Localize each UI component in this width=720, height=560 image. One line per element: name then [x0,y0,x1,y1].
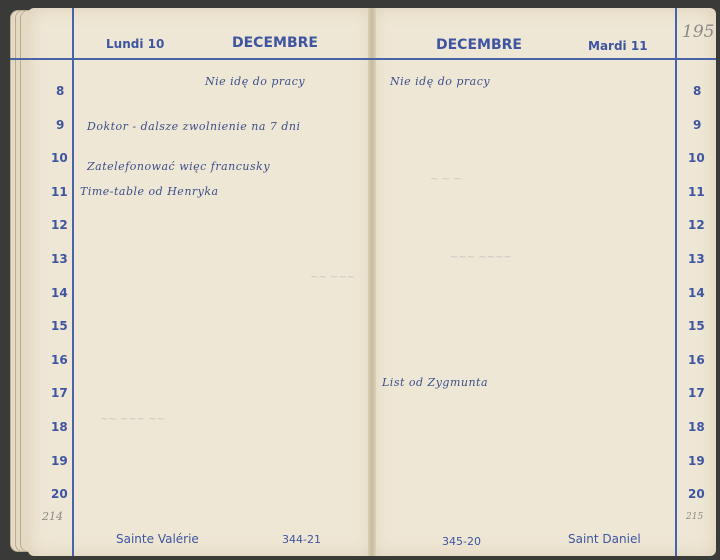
handwritten-entry: Time-table od Henryka [80,185,219,198]
bleed-through-text: ~~~ ~~~~ [450,252,512,263]
hour-label: 13 [51,252,68,266]
right-day-label: Mardi 11 [588,39,648,53]
open-diary: Lundi 10 DECEMBRE DECEMBRE Mardi 11 195 … [10,4,716,556]
hour-label: 16 [51,353,68,367]
handwritten-entry: Zatelefonować więc francusky [87,160,270,173]
bleed-through-text: ~~ ~~~ [310,272,355,283]
right-hour-rule [675,8,677,556]
hour-label: 9 [693,118,701,132]
hour-label: 8 [56,84,64,98]
right-month-label: DECEMBRE [436,37,522,53]
hour-label: 17 [688,386,705,400]
hour-label: 8 [693,84,701,98]
left-saint-name: Sainte Valérie [116,532,199,546]
handwritten-entry: Doktor - dalsze zwolnienie na 7 dni [87,120,301,133]
hour-label: 14 [688,286,705,300]
hour-label: 20 [688,487,705,501]
hour-label: 12 [51,218,68,232]
hour-label: 15 [688,319,705,333]
pencil-page-number: 195 [682,22,714,42]
hour-label: 18 [688,420,705,434]
hour-label: 13 [688,252,705,266]
header-rule [10,58,716,60]
hour-label: 9 [56,118,64,132]
left-hour-rule [72,8,74,556]
hour-label: 12 [688,218,705,232]
hour-label: 10 [688,151,705,165]
bleed-through-text: ~~ ~~~ ~~ [100,414,165,425]
hour-label: 19 [51,454,68,468]
left-day-of-year: 344-21 [282,533,321,546]
bleed-through-text: ~ ~ ~ [430,174,462,185]
hour-label: 18 [51,420,68,434]
book-spine [368,8,376,556]
left-month-label: DECEMBRE [232,35,318,51]
pencil-page-number-right: 215 [686,512,703,522]
pencil-page-number-left: 214 [42,510,63,523]
right-day-of-year: 345-20 [442,535,481,548]
handwritten-entry: List od Zygmunta [382,376,488,389]
right-saint-name: Saint Daniel [568,532,641,546]
handwritten-entry: Nie idę do pracy [205,75,305,88]
hour-label: 11 [688,185,705,199]
hour-label: 19 [688,454,705,468]
hour-label: 14 [51,286,68,300]
hour-label: 11 [51,185,68,199]
hour-label: 20 [51,487,68,501]
hour-label: 16 [688,353,705,367]
handwritten-entry: Nie idę do pracy [390,75,490,88]
hour-label: 10 [51,151,68,165]
right-page [372,8,716,556]
hour-label: 15 [51,319,68,333]
hour-label: 17 [51,386,68,400]
left-day-label: Lundi 10 [106,37,164,51]
